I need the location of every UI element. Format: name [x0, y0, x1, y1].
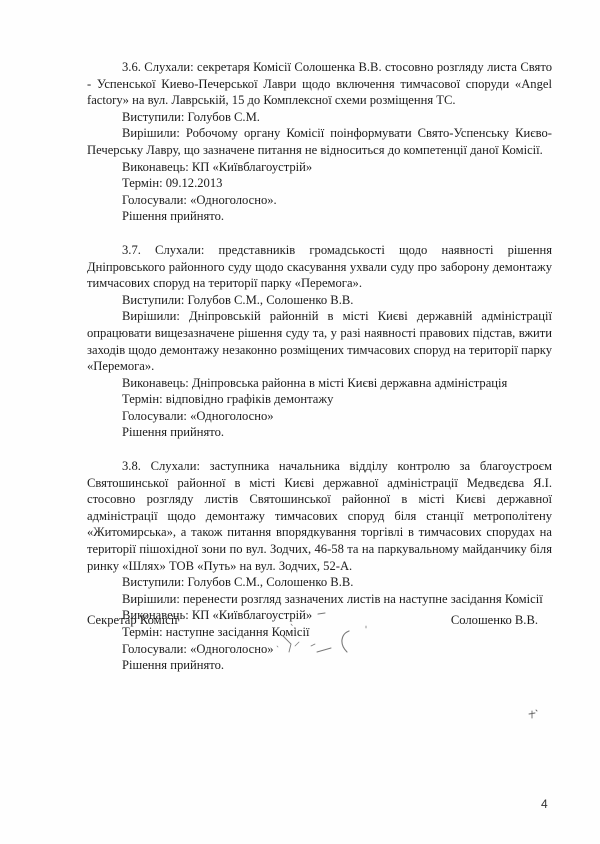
vote-line: Голосували: «Одноголосно». — [87, 192, 552, 209]
deadline-line: Термін: 09.12.2013 — [87, 175, 552, 192]
decision-paragraph: Вирішили: Робочому органу Комісії поінфо… — [87, 125, 552, 158]
heard-paragraph: 3.6. Слухали: секретаря Комісії Солошенк… — [87, 59, 552, 109]
heard-paragraph: 3.8. Слухали: заступника начальника відд… — [87, 458, 552, 574]
page-number: 4 — [541, 797, 548, 811]
result-line: Рішення прийнято. — [87, 208, 552, 225]
vote-line: Голосували: «Одноголосно» — [87, 408, 552, 425]
executor-line: Виконавець: Дніпровська районна в місті … — [87, 375, 552, 392]
speakers-line: Виступили: Голубов С.М., Солошенко В.В. — [87, 574, 552, 591]
handwritten-signature-icon — [255, 600, 375, 660]
executor-line: Виконавець: КП «Київблагоустрій» — [87, 159, 552, 176]
heard-paragraph: 3.7. Слухали: представників громадськост… — [87, 242, 552, 292]
decision-paragraph: Вирішили: Дніпровській районній в місті … — [87, 308, 552, 374]
signatory-name: Солошенко В.В. — [451, 612, 538, 628]
agenda-item-3-7: 3.7. Слухали: представників громадськост… — [87, 242, 552, 441]
speakers-line: Виступили: Голубов С.М., Солошенко В.В. — [87, 292, 552, 309]
document-page: 3.6. Слухали: секретаря Комісії Солошенк… — [0, 0, 600, 844]
agenda-item-3-6: 3.6. Слухали: секретаря Комісії Солошенк… — [87, 59, 552, 225]
stray-ink-mark-icon — [527, 708, 539, 720]
minutes-body: 3.6. Слухали: секретаря Комісії Солошенк… — [87, 59, 552, 674]
speakers-line: Виступили: Голубов С.М. — [87, 109, 552, 126]
result-line: Рішення прийнято. — [87, 424, 552, 441]
deadline-line: Термін: відповідно графіків демонтажу — [87, 391, 552, 408]
signatory-role: Секретар Комісії — [87, 612, 178, 628]
